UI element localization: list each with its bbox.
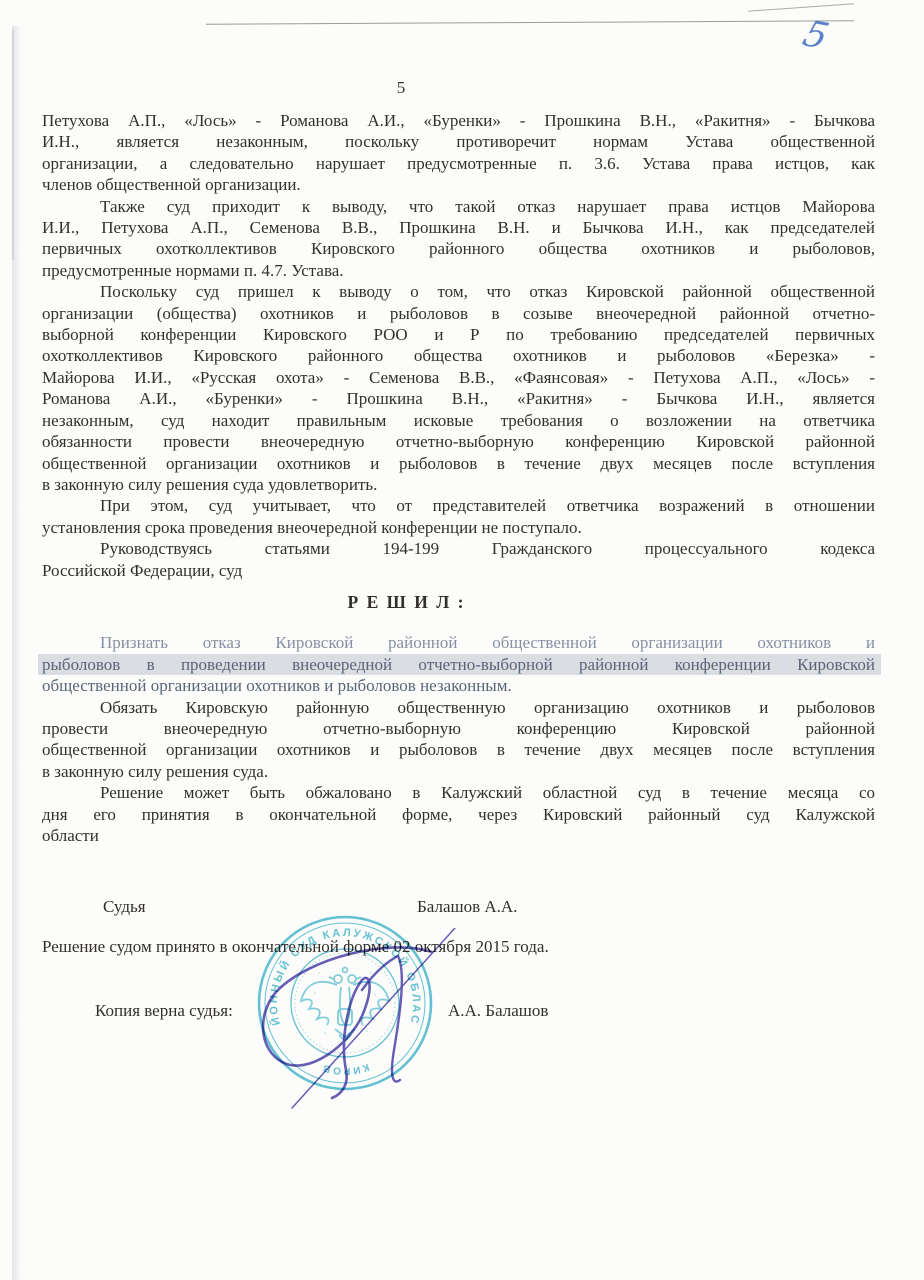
text-line: Решение может быть обжаловано в Калужски… (42, 782, 875, 803)
text-line: в законную силу решения суда. (42, 761, 875, 782)
text-line: общественной организации охотников и рыб… (42, 739, 875, 760)
text-line: дня его принятия в окончательной форме, … (42, 804, 875, 825)
text-line: Российской Федерации, суд (42, 560, 875, 581)
page-number: 5 (42, 78, 760, 98)
court-decision-page: 5 5 Петухова А.П., «Лось» - Романова А.И… (0, 0, 924, 1280)
text-line: И.И., Петухова А.П., Семенова В.В., Прош… (42, 217, 875, 238)
text-line: Романова А.И., «Буренки» - Прошкина В.Н.… (42, 388, 875, 409)
text-line: Поскольку суд пришел к выводу о том, что… (42, 281, 875, 302)
text-line: рыболовов в проведении внеочередной отче… (42, 654, 875, 675)
text-line: При этом, суд учитывает, что от представ… (42, 495, 875, 516)
text-line: Петухова А.П., «Лось» - Романова А.И., «… (42, 110, 875, 131)
text-line: первичных охотколлективов Кировского рай… (42, 238, 875, 259)
judge-label: Судья (103, 896, 146, 917)
text-line: охотколлективов Кировского районного общ… (42, 345, 875, 366)
text-line: предусмотренные нормами п. 4.7. Устава. (42, 260, 875, 281)
text-line: выборной конференции Кировского РОО и Р … (42, 324, 875, 345)
document-body: Петухова А.П., «Лось» - Романова А.И., «… (42, 110, 875, 846)
text-line: организации (общества) охотников и рыбол… (42, 303, 875, 324)
text-line: провести внеочередную отчетно-выборную к… (42, 718, 875, 739)
text-line: в законную силу решения суда удовлетвори… (42, 474, 875, 495)
paragraph: Обязать Кировскую районную общественную … (42, 697, 875, 783)
text-line: Руководствуясь статьями 194-199 Гражданс… (42, 538, 875, 559)
text-line: членов общественной организации. (42, 174, 875, 195)
text-line: общественной организации охотников и рыб… (42, 675, 875, 696)
paragraph: Решение может быть обжаловано в Калужски… (42, 782, 875, 846)
paragraph: При этом, суд учитывает, что от представ… (42, 495, 875, 538)
findings-section: Петухова А.П., «Лось» - Романова А.И., «… (42, 110, 875, 581)
text-line: установления срока проведения внеочередн… (42, 517, 875, 538)
text-line: Признать отказ Кировской районной общест… (42, 632, 875, 653)
text-line: Обязать Кировскую районную общественную … (42, 697, 875, 718)
scan-artifact-line (206, 20, 854, 24)
text-line: Майорова И.И., «Русская охота» - Семенов… (42, 367, 875, 388)
paragraph: Поскольку суд пришел к выводу о том, что… (42, 281, 875, 495)
resolution-section: Признать отказ Кировской районной общест… (42, 632, 875, 846)
copy-certification-label: Копия верна судья: (95, 1000, 233, 1021)
resolution-heading: Р Е Ш И Л : (42, 592, 771, 613)
text-line: организации, а следовательно нарушает пр… (42, 153, 875, 174)
paragraph: Признать отказ Кировской районной общест… (42, 632, 875, 696)
scan-artifact-line (748, 3, 854, 11)
text-line: общественной организации охотников и рыб… (42, 453, 875, 474)
scan-edge-line (12, 30, 14, 260)
paragraph: Руководствуясь статьями 194-199 Гражданс… (42, 538, 875, 581)
text-line: обязанности провести внеочередную отчетн… (42, 431, 875, 452)
text-line: И.Н., является незаконным, поскольку про… (42, 131, 875, 152)
text-line: незаконным, суд находит правильным исков… (42, 410, 875, 431)
paragraph: Петухова А.П., «Лось» - Романова А.И., «… (42, 110, 875, 196)
handwritten-page-mark: 5 (799, 17, 833, 56)
paragraph: Также суд приходит к выводу, что такой о… (42, 196, 875, 282)
text-line: области (42, 825, 875, 846)
judge-signature (228, 928, 478, 1118)
text-line: Также суд приходит к выводу, что такой о… (42, 196, 875, 217)
